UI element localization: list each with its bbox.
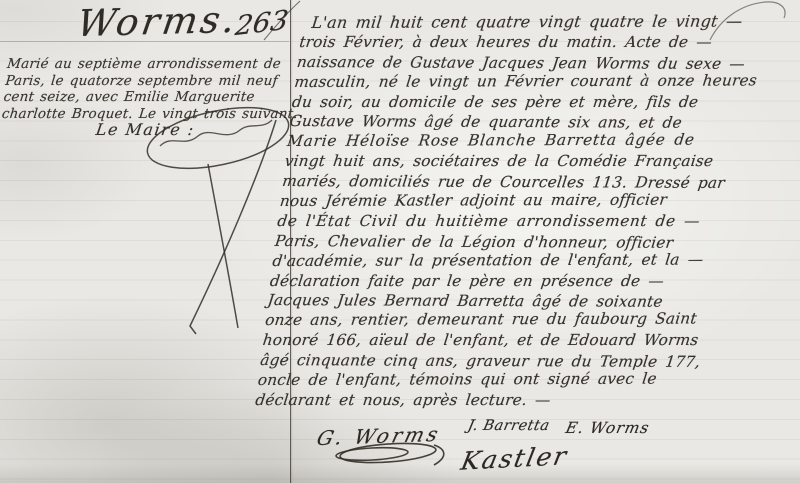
margin-note-line: Marié au septième arrondissement de	[6, 56, 286, 73]
act-text-line: déclaration faite par le père en présenc…	[269, 272, 768, 292]
act-body: L'an mil huit cent quatre vingt quatre l…	[254, 13, 800, 411]
act-text-line: vingt huit ans, sociétaires de la Comédi…	[283, 152, 782, 172]
act-text-line: d'académie, sur la présentation de l'enf…	[271, 250, 771, 272]
father-signature-flourish	[330, 441, 450, 467]
pen-flourish-icon	[700, 0, 795, 42]
act-text-line: déclarant et nous, après lecture. —	[254, 391, 753, 411]
act-text-line: Marie Héloïse Rose Blanche Barretta âgée…	[286, 131, 786, 153]
registry-page: Worms. 263 Marié au septième arrondissem…	[0, 0, 800, 483]
signature-witness-barretta: J. Barretta	[466, 418, 551, 434]
act-text-line: du soir, au domicile de ses père et mère…	[291, 93, 790, 113]
record-surname-title: Worms.	[74, 0, 240, 45]
act-text-line: onze ans, rentier, demeurant rue du faub…	[264, 310, 764, 332]
act-text-line: oncle de l'enfant, témoins qui ont signé…	[257, 369, 757, 391]
stray-stroke-icon	[262, 0, 302, 42]
act-text-line: de l'État Civil du huitième arrondisseme…	[276, 212, 775, 232]
act-text-line: nous Jérémie Kastler adjoint au maire, o…	[279, 190, 779, 212]
signature-officer-kastler: Kastler	[459, 441, 571, 475]
act-text-line: honoré 166, aïeul de l'enfant, et de Edo…	[261, 331, 760, 351]
signature-witness-eworms: E. Worms	[564, 419, 651, 437]
margin-note-line: Paris, le quatorze septembre mil neuf	[5, 73, 285, 90]
act-text-line: masculin, né le vingt un Février courant…	[293, 71, 793, 93]
margin-header-rule	[0, 41, 289, 42]
